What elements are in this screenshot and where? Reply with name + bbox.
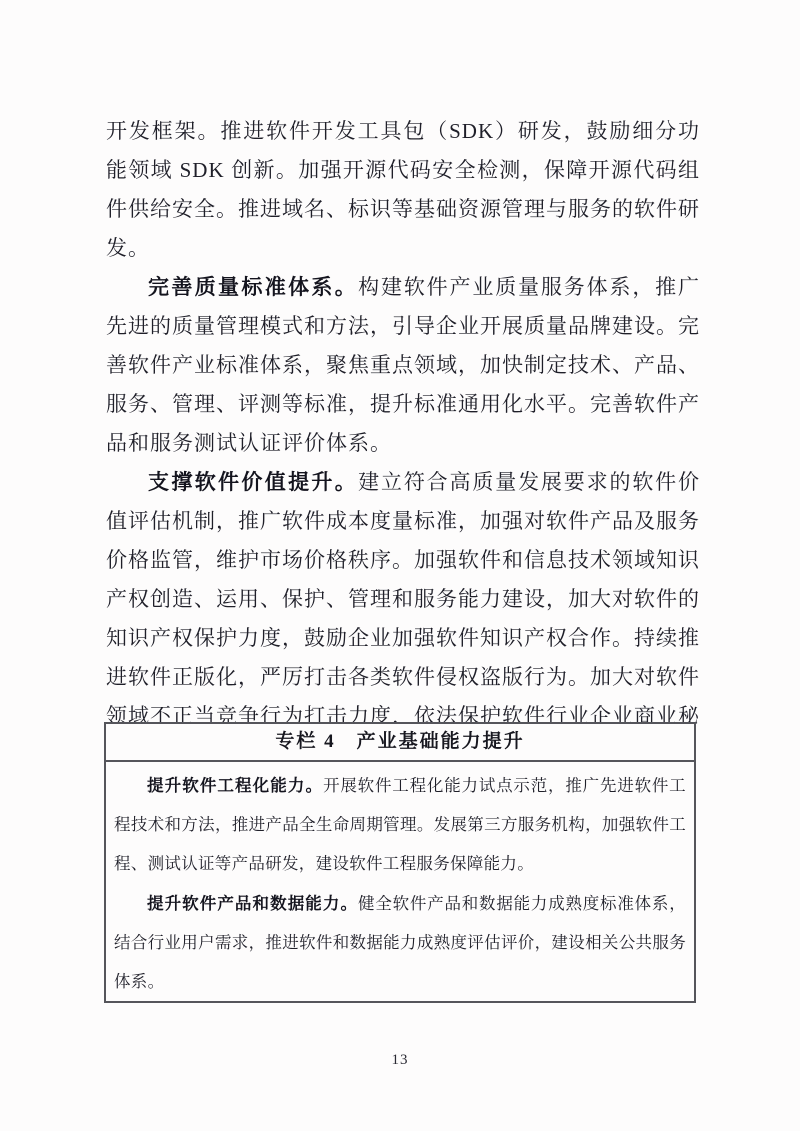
paragraph-quality-standards: 完善质量标准体系。构建软件产业质量服务体系，推广先进的质量管理模式和方法，引导企… xyxy=(106,268,700,463)
callout-item-lead: 提升软件产品和数据能力。 xyxy=(147,894,358,913)
page-number: 13 xyxy=(0,1052,800,1069)
paragraph-lead: 完善质量标准体系。 xyxy=(148,275,358,299)
page-content: 开发框架。推进软件开发工具包（SDK）研发，鼓励细分功能领域 SDK 创新。加强… xyxy=(106,112,700,775)
callout-item-product-data: 提升软件产品和数据能力。健全软件产品和数据能力成熟度标准体系，结合行业用户需求，… xyxy=(114,884,686,1001)
document-page: 开发框架。推进软件开发工具包（SDK）研发，鼓励细分功能领域 SDK 创新。加强… xyxy=(0,0,800,1131)
callout-box-title: 专栏 4 产业基础能力提升 xyxy=(106,724,694,762)
callout-item-engineering: 提升软件工程化能力。开展软件工程化能力试点示范，推广先进软件工程技术和方法，推进… xyxy=(114,766,686,883)
paragraph-lead: 支撑软件价值提升。 xyxy=(148,470,358,494)
callout-box: 专栏 4 产业基础能力提升 提升软件工程化能力。开展软件工程化能力试点示范，推广… xyxy=(104,722,696,1003)
callout-item-standardization: 提升软件标准化能力。建立产品研发和标准制定协同推进机制，推进标准宣 xyxy=(114,1002,686,1003)
callout-item-lead: 提升软件工程化能力。 xyxy=(147,776,323,795)
paragraph-text: 开发框架。推进软件开发工具包（SDK）研发，鼓励细分功能领域 SDK 创新。加强… xyxy=(106,119,700,260)
callout-box-body: 提升软件工程化能力。开展软件工程化能力试点示范，推广先进软件工程技术和方法，推进… xyxy=(106,762,694,1003)
paragraph-continuation: 开发框架。推进软件开发工具包（SDK）研发，鼓励细分功能领域 SDK 创新。加强… xyxy=(106,112,700,268)
paragraph-text: 构建软件产业质量服务体系，推广先进的质量管理模式和方法，引导企业开展质量品牌建设… xyxy=(106,275,700,455)
